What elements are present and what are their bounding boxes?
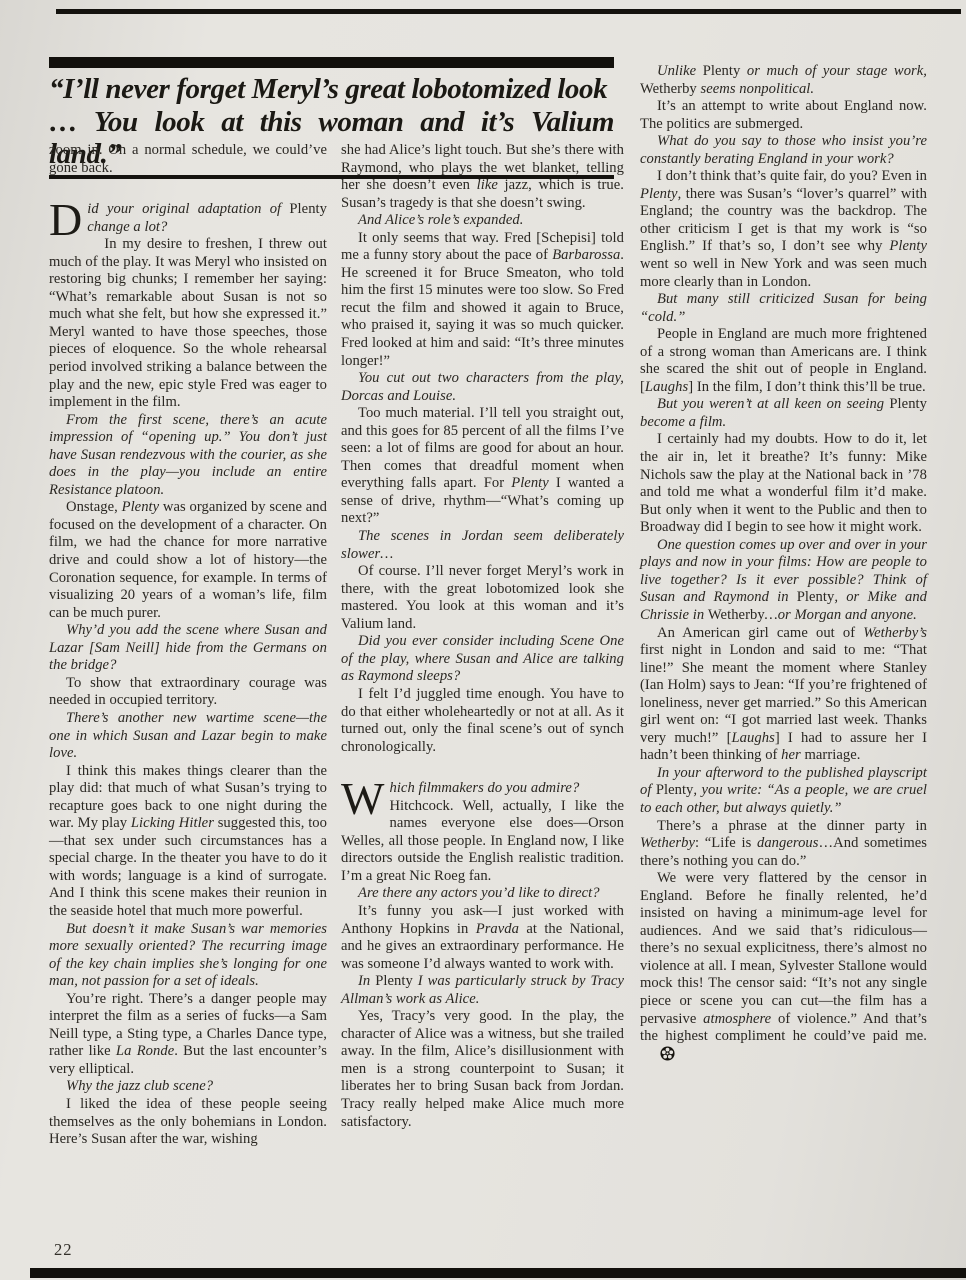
magazine-page: “I’ll never forget Meryl’s great lobotom… <box>0 0 966 1280</box>
text-run: From the first scene, there’s an acute i… <box>49 412 327 498</box>
text-run: atmosphere <box>703 1011 771 1027</box>
text-run: Plenty <box>889 396 927 412</box>
text-run: Plenty <box>375 973 413 989</box>
paragraph: We were very flattered by the censor in … <box>640 870 927 1066</box>
dropcap-block: Did your original adaptation of Plenty c… <box>49 201 327 236</box>
pull-quote-top-bar <box>49 57 614 68</box>
text-run: An American girl came out of <box>657 625 863 641</box>
text-run: become a film. <box>640 414 726 430</box>
paragraph: To show that extraordinary courage was n… <box>49 675 327 710</box>
paragraph: There’s a phrase at the dinner party in … <box>640 818 927 871</box>
text-run: marriage. <box>801 747 861 763</box>
text-run: Laughs <box>732 730 775 746</box>
text-run: Onstage, <box>66 499 122 515</box>
text-run: Wetherby <box>708 607 765 623</box>
text-run: was organized by scene and focused on th… <box>49 499 327 620</box>
text-run: : “Life is <box>695 835 757 851</box>
drop-cap: W <box>341 780 389 816</box>
text-run: Plenty <box>889 238 927 254</box>
bottom-rule <box>30 1268 966 1278</box>
paragraph: Why the jazz club scene? <box>49 1078 327 1096</box>
paragraph: id your original adaptation of Plenty ch… <box>49 201 327 236</box>
text-run: Of course. I’ll never forget Meryl’s wor… <box>341 563 624 632</box>
paragraph: I certainly had my doubts. How to do it,… <box>640 431 927 536</box>
text-run: But you weren’t at all keen on seeing <box>657 396 889 412</box>
paragraph: You cut out two characters from the play… <box>341 370 624 405</box>
text-run: , there was Susan’s “lover’s quarrel” wi… <box>640 186 927 255</box>
paragraph: zoom in. On a normal schedule, we could’… <box>49 142 327 177</box>
text-run: But many still criticized Susan for bein… <box>640 291 927 325</box>
pull-quote-line-1: “I’ll never forget Meryl’s great lobotom… <box>49 73 614 106</box>
text-run: Plenty <box>289 201 327 217</box>
paragraph: Why’d you add the scene where Susan and … <box>49 622 327 675</box>
text-run: Plenty <box>640 186 678 202</box>
paragraph: she had Alice’s light touch. But she’s t… <box>341 142 624 212</box>
text-run: But doesn’t it make Susan’s war memories… <box>49 921 327 990</box>
paragraph: And Alice’s role’s expanded. <box>341 212 624 230</box>
text-run: went so well in New York and was seen mu… <box>640 256 927 290</box>
article-column-1: zoom in. On a normal schedule, we could’… <box>49 142 327 1149</box>
text-run: Laughs <box>645 379 688 395</box>
text-run: There’s a phrase at the dinner party in <box>657 818 927 834</box>
text-run: You cut out two characters from the play… <box>341 370 624 404</box>
text-run: Yes, Tracy’s very good. In the play, the… <box>341 1008 624 1129</box>
paragraph: I think this makes things clearer than t… <box>49 763 327 921</box>
text-run: change a lot? <box>87 219 167 235</box>
text-run: Did you ever consider including Scene On… <box>341 633 624 684</box>
text-run: And Alice’s role’s expanded. <box>358 212 523 228</box>
paragraph: There’s another new wartime scene—the on… <box>49 710 327 763</box>
text-run: id your original adaptation of <box>87 201 289 217</box>
article-column-2: she had Alice’s light touch. But she’s t… <box>341 142 624 1131</box>
text-run: Are there any actors you’d like to direc… <box>358 885 600 901</box>
text-run: We were very flattered by the censor in … <box>640 870 927 1026</box>
paragraph: Too much material. I’ll tell you straigh… <box>341 405 624 528</box>
paragraph: The scenes in Jordan seem deliberately s… <box>341 528 624 563</box>
paragraph: Are there any actors you’d like to direc… <box>341 885 624 903</box>
text-run: like <box>477 177 498 193</box>
paragraph: In my desire to freshen, I threw out muc… <box>49 236 327 411</box>
paragraph: Onstage, Plenty was organized by scene a… <box>49 499 327 622</box>
text-run: I don’t think that’s quite fair, do you?… <box>657 168 927 184</box>
text-run: Barbarossa <box>552 247 620 263</box>
text-run: seems nonpolitical. <box>697 81 814 97</box>
text-run: It’s an attempt to write about England n… <box>640 98 927 132</box>
text-run: her <box>781 747 801 763</box>
text-run: La Ronde <box>116 1043 174 1059</box>
text-run: zoom in. On a normal schedule, we could’… <box>49 142 327 176</box>
paragraph: In Plenty I was particularly struck by T… <box>341 973 624 1008</box>
text-run: I felt I’d juggled time enough. You have… <box>341 686 624 755</box>
text-run: Why the jazz club scene? <box>66 1078 213 1094</box>
text-run: Unlike <box>657 63 703 79</box>
paragraph: What do you say to those who insist you’… <box>640 133 927 168</box>
text-run: To show that extraordinary courage was n… <box>49 675 327 709</box>
paragraph: Did you ever consider including Scene On… <box>341 633 624 686</box>
paragraph: Yes, Tracy’s very good. In the play, the… <box>341 1008 624 1131</box>
text-run: Pravda <box>476 921 519 937</box>
top-rule <box>56 9 961 14</box>
text-run: What do you say to those who insist you’… <box>640 133 927 167</box>
dropcap-block: Which filmmakers do you admire?Hitchcock… <box>341 780 624 885</box>
text-run: Plenty <box>703 63 741 79</box>
paragraph: One question comes up over and over in y… <box>640 537 927 625</box>
text-run: Plenty <box>511 475 549 491</box>
text-run: ] In the film, I don’t think this’ll be … <box>688 379 925 395</box>
paragraph: It’s funny you ask—I just worked with An… <box>341 903 624 973</box>
text-run: Licking Hitler <box>131 815 214 831</box>
page-number: 22 <box>54 1240 73 1260</box>
text-run: I liked the idea of these people seeing … <box>49 1096 327 1147</box>
paragraph: Of course. I’ll never forget Meryl’s wor… <box>341 563 624 633</box>
text-run: I certainly had my doubts. How to do it,… <box>640 431 927 535</box>
film-reel-end-icon <box>643 1046 675 1067</box>
paragraph: In your afterword to the published plays… <box>640 765 927 818</box>
paragraph: It’s an attempt to write about England n… <box>640 98 927 133</box>
text-run: hich filmmakers do you admire? <box>389 780 579 796</box>
text-run: In my desire to freshen, I threw out muc… <box>49 236 327 410</box>
text-run: In <box>358 973 375 989</box>
paragraph: From the first scene, there’s an acute i… <box>49 412 327 500</box>
paragraph: People in England are much more frighten… <box>640 326 927 396</box>
text-run: Plenty <box>656 782 694 798</box>
paragraph: But you weren’t at all keen on seeing Pl… <box>640 396 927 431</box>
paragraph: I don’t think that’s quite fair, do you?… <box>640 168 927 291</box>
text-run: Plenty <box>797 589 835 605</box>
text-run: Plenty <box>122 499 160 515</box>
paragraph: An American girl came out of Wetherby’s … <box>640 625 927 765</box>
text-run: …or Morgan and anyone. <box>765 607 917 623</box>
paragraph: It only seems that way. Fred [Schepisi] … <box>341 230 624 370</box>
drop-cap: D <box>49 201 87 237</box>
paragraph: You’re right. There’s a danger people ma… <box>49 991 327 1079</box>
text-run: . He screened it for Bruce Smeaton, who … <box>341 247 624 368</box>
text-run: Why’d you add the scene where Susan and … <box>49 622 327 673</box>
text-run: Wetherby <box>640 81 697 97</box>
paragraph: I liked the idea of these people seeing … <box>49 1096 327 1149</box>
text-run: Wetherby’s <box>863 625 927 641</box>
text-run: or much of your stage work, <box>740 63 927 79</box>
article-column-3: Unlike Plenty or much of your stage work… <box>640 63 927 1066</box>
paragraph: I felt I’d juggled time enough. You have… <box>341 686 624 756</box>
text-run: dangerous <box>757 835 819 851</box>
text-run: The scenes in Jordan seem deliberately s… <box>341 528 624 562</box>
paragraph: But doesn’t it make Susan’s war memories… <box>49 921 327 991</box>
paragraph: But many still criticized Susan for bein… <box>640 291 927 326</box>
paragraph: Unlike Plenty or much of your stage work… <box>640 63 927 98</box>
text-run: There’s another new wartime scene—the on… <box>49 710 327 761</box>
text-run: Wetherby <box>640 835 695 851</box>
